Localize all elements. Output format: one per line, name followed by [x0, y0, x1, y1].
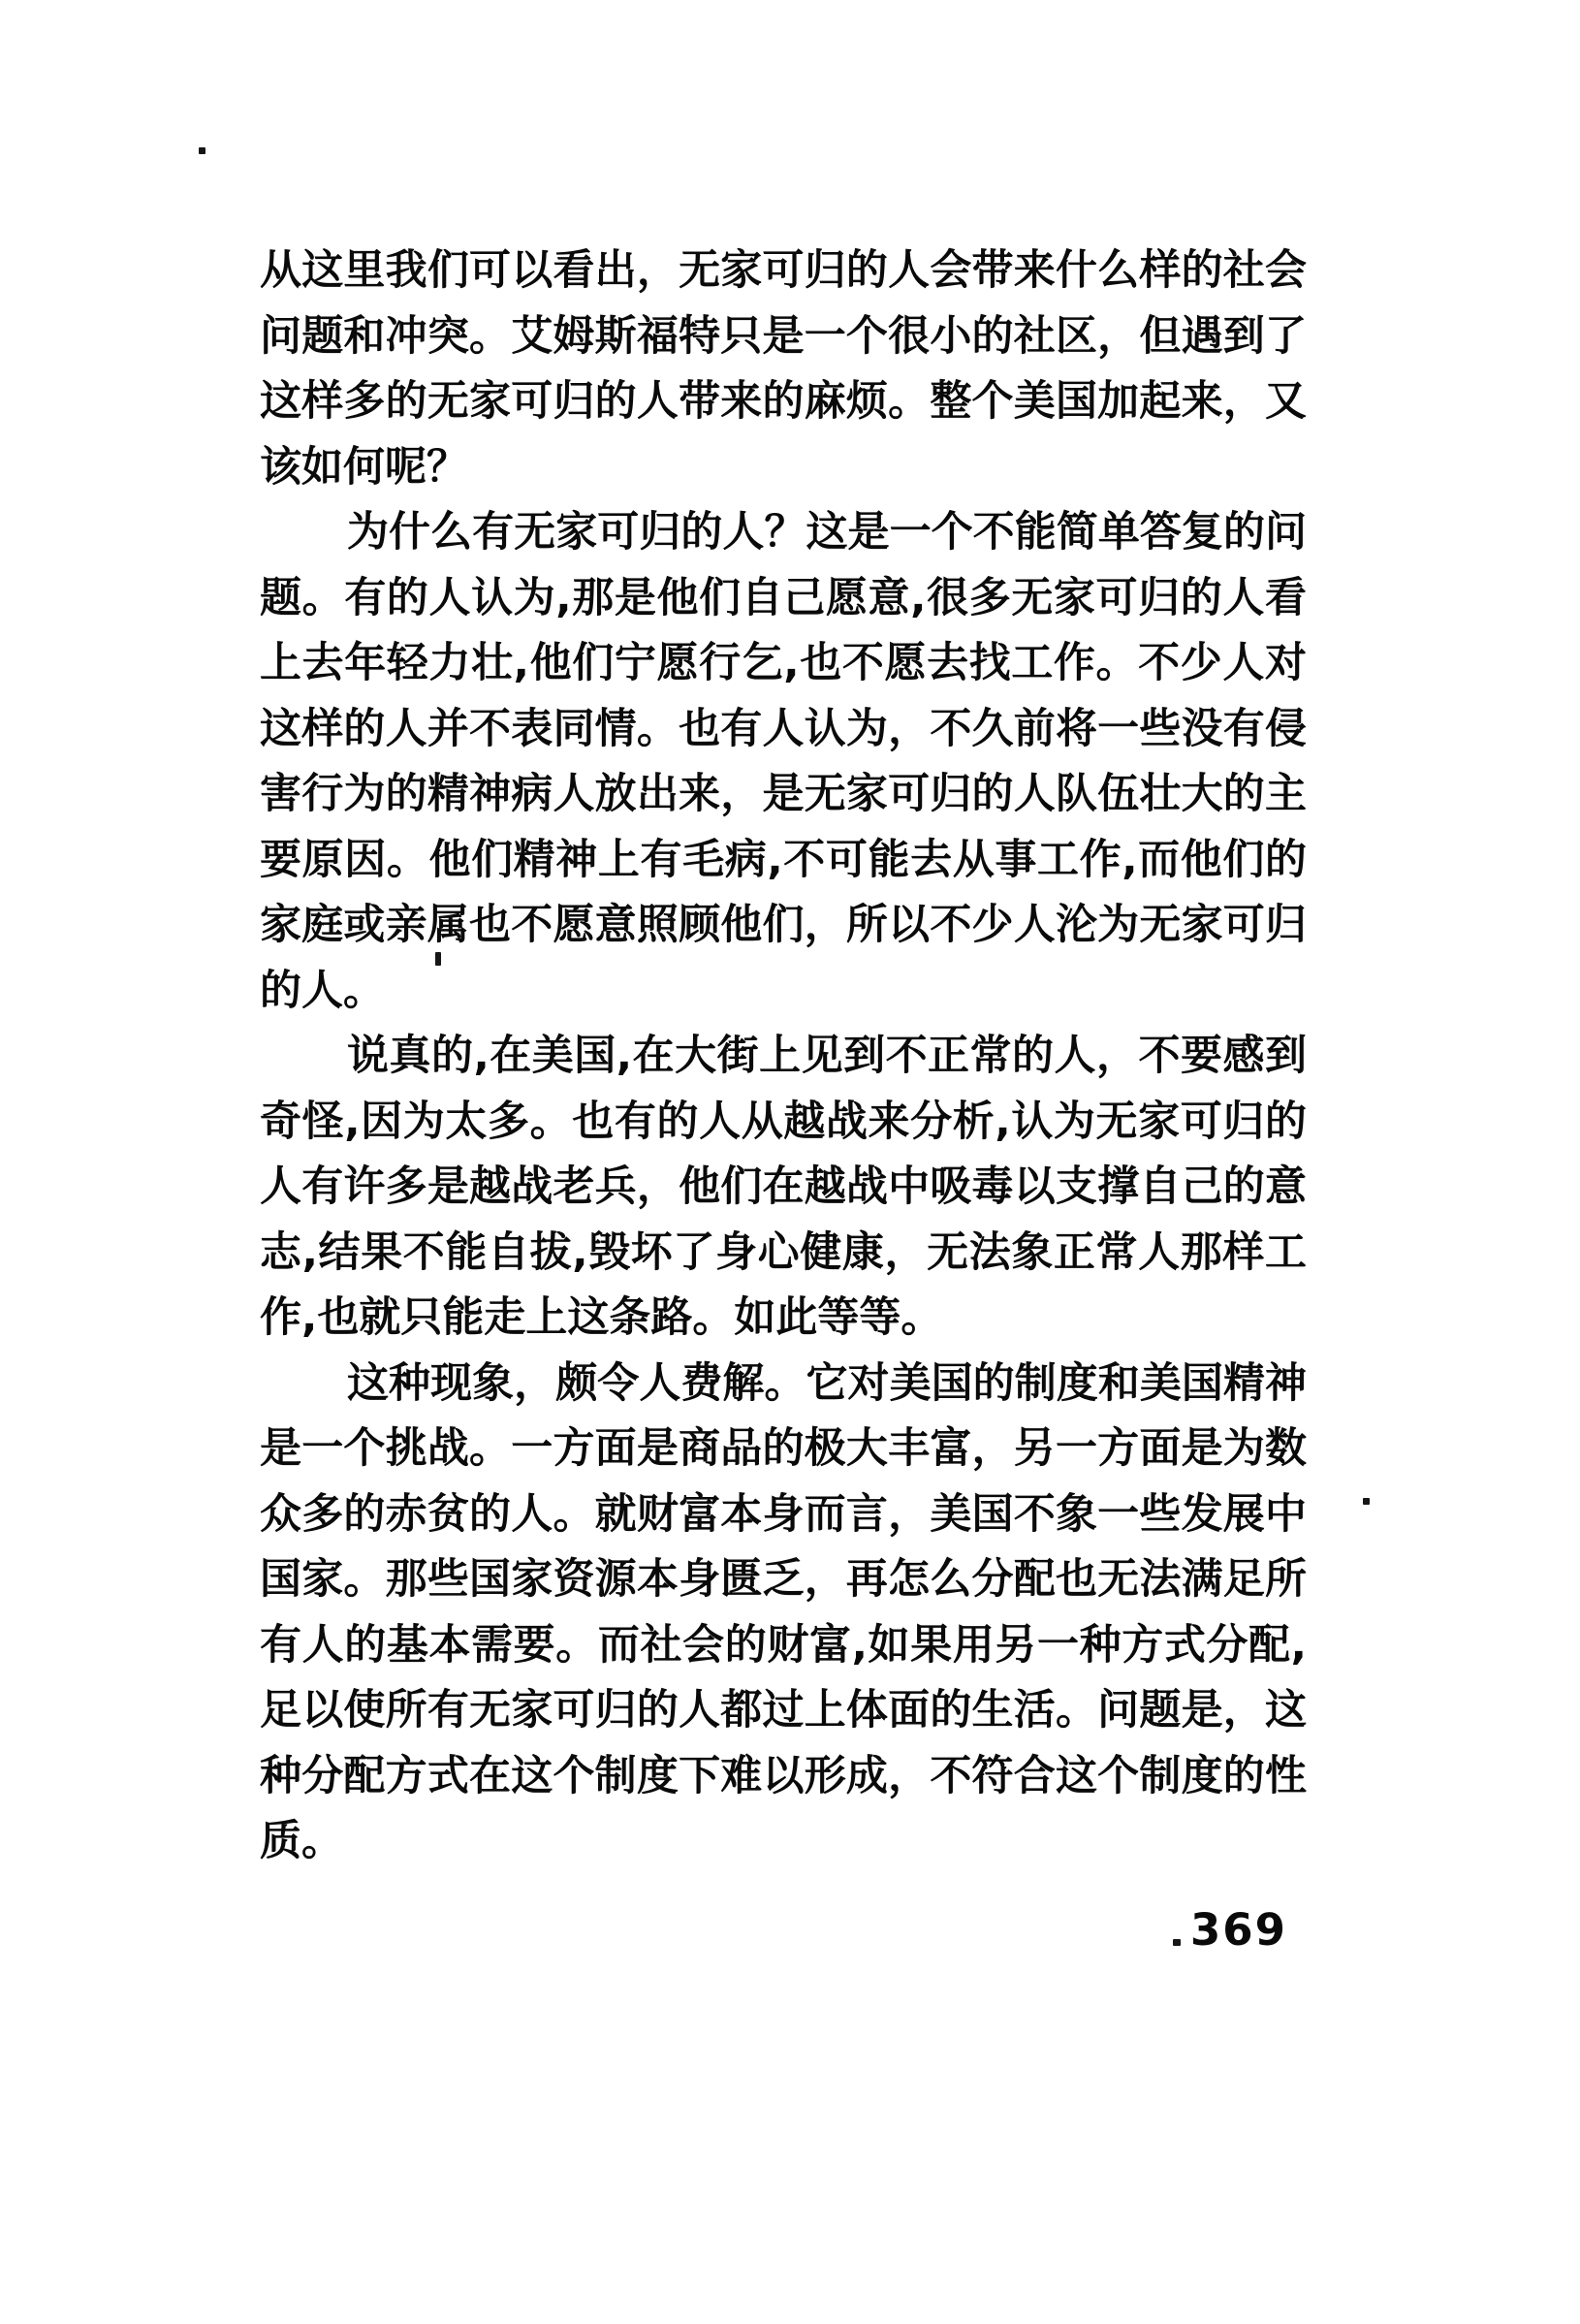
text-line: 题。有的人认为,那是他们自己愿意,很多无家可归的人看 [260, 566, 1307, 632]
text-line: 该如何呢？ [260, 435, 1307, 501]
text-line: 从这里我们可以看出，无家可归的人会带来什么样的社会 [260, 239, 1307, 304]
text-line: 问题和冲突。艾姆斯福特只是一个很小的社区，但遇到了 [260, 304, 1307, 370]
text-line: 作,也就只能走上这条路。如此等等。 [260, 1286, 1307, 1352]
text-line: 质。 [260, 1809, 1307, 1875]
text-line: 这种现象，颇令人费解。它对美国的制度和美国精神 [260, 1352, 1307, 1417]
text-line: 有人的基本需要。而社会的财富,如果用另一种方式分配, [260, 1613, 1307, 1679]
scan-speck [199, 147, 205, 154]
text-line: 这样多的无家可归的人带来的麻烦。整个美国加起来，又 [260, 369, 1307, 435]
page-number: 369 [1190, 1902, 1287, 1958]
text-line: 众多的赤贫的人。就财富本身而言，美国不象一些发展中 [260, 1482, 1307, 1548]
scanned-book-page: 从这里我们可以看出，无家可归的人会带来什么样的社会 问题和冲突。艾姆斯福特只是一… [0, 0, 1580, 2324]
text-line: 人有许多是越战老兵，他们在越战中吸毒以支撑自己的意 [260, 1155, 1307, 1221]
text-line: 奇怪,因为太多。也有的人从越战来分析,认为无家可归的 [260, 1090, 1307, 1156]
text-line: 害行为的精神病人放出来，是无家可归的人队伍壮大的主 [260, 762, 1307, 828]
scan-speck [1363, 1498, 1370, 1505]
text-line: 家庭或亲属也不愿意照顾他们，所以不少人沦为无家可归 [260, 893, 1307, 959]
text-line: 说真的,在美国,在大街上见到不正常的人，不要感到 [260, 1024, 1307, 1090]
text-line: 要原因。他们精神上有毛病,不可能去从事工作,而他们的 [260, 828, 1307, 894]
text-line: 志,结果不能自拔,毁坏了身心健康，无法象正常人那样工 [260, 1221, 1307, 1287]
text-line: 种分配方式在这个制度下难以形成，不符合这个制度的性 [260, 1744, 1307, 1810]
text-line: 国家。那些国家资源本身匮乏，再怎么分配也无法满足所 [260, 1547, 1307, 1613]
text-line: 为什么有无家可归的人？这是一个不能简单答复的问 [260, 500, 1307, 566]
body-text: 从这里我们可以看出，无家可归的人会带来什么样的社会 问题和冲突。艾姆斯福特只是一… [260, 239, 1307, 1875]
text-line: 是一个挑战。一方面是商品的极大丰富，另一方面是为数 [260, 1417, 1307, 1482]
text-line: 上去年轻力壮,他们宁愿行乞,也不愿去找工作。不少人对 [260, 631, 1307, 697]
scan-speck [1173, 1939, 1181, 1946]
text-line: 足以使所有无家可归的人都过上体面的生活。问题是，这 [260, 1678, 1307, 1744]
text-line: 这样的人并不表同情。也有人认为，不久前将一些没有侵 [260, 697, 1307, 763]
text-line: 的人。 [260, 959, 1307, 1025]
